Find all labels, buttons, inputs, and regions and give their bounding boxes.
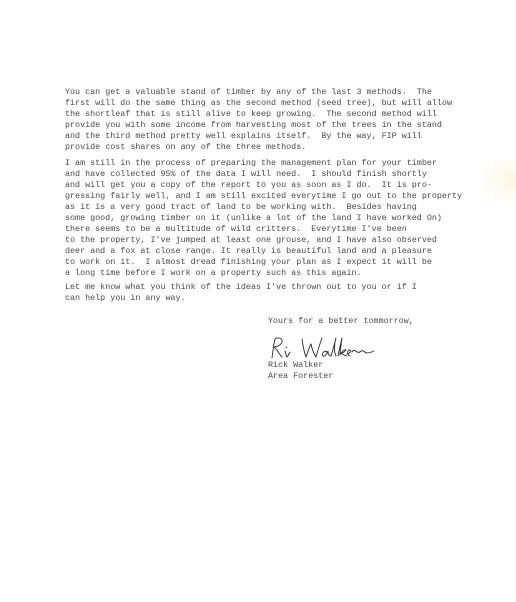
text-line: first will do the same thing as the seco…: [65, 98, 452, 109]
text-line: and will get you a copy of the report to…: [65, 180, 462, 191]
text-line: there seems to be a multitude of wild cr…: [65, 224, 462, 235]
text-line: the shortleaf that is still alive to kee…: [65, 109, 452, 120]
text-line: can help you in any way.: [65, 293, 417, 304]
paragraph-management-plan: I am still in the process of preparing t…: [65, 158, 462, 279]
handwritten-signature: Ric Walker: [266, 334, 376, 362]
text-line: and have collected 95% of the data I wil…: [65, 169, 462, 180]
text-line: provide cost shares on any of the three …: [65, 142, 452, 153]
text-line: I am still in the process of preparing t…: [65, 158, 462, 169]
text-line: to work on it. I almost dread finishing …: [65, 257, 462, 268]
text-line: Let me know what you think of the ideas …: [65, 282, 417, 293]
text-line: some good, growing timber on it (unlike …: [65, 213, 462, 224]
text-line: You can get a valuable stand of timber b…: [65, 87, 452, 98]
text-line: a long time before I work on a property …: [65, 268, 462, 279]
letter-page: You can get a valuable stand of timber b…: [0, 0, 516, 602]
text-line: deer and a fox at close range. It really…: [65, 246, 462, 257]
paragraph-closing-request: Let me know what you think of the ideas …: [65, 282, 417, 304]
paragraph-methods: You can get a valuable stand of timber b…: [65, 87, 452, 153]
signer-name: Rick Walker: [268, 360, 323, 371]
text-line: as it is a very good tract of land to be…: [65, 202, 462, 213]
text-line: and the third method pretty well explain…: [65, 131, 452, 142]
complimentary-close: Yours for a better tommorrow,: [268, 316, 414, 327]
text-line: provide you with some income from harves…: [65, 120, 452, 131]
text-line: gressing fairly well, and I am still exc…: [65, 191, 462, 202]
signer-title: Area Forester: [268, 371, 333, 382]
paper-stain: [486, 160, 516, 200]
text-line: to the property, I've jumped at least on…: [65, 235, 462, 246]
